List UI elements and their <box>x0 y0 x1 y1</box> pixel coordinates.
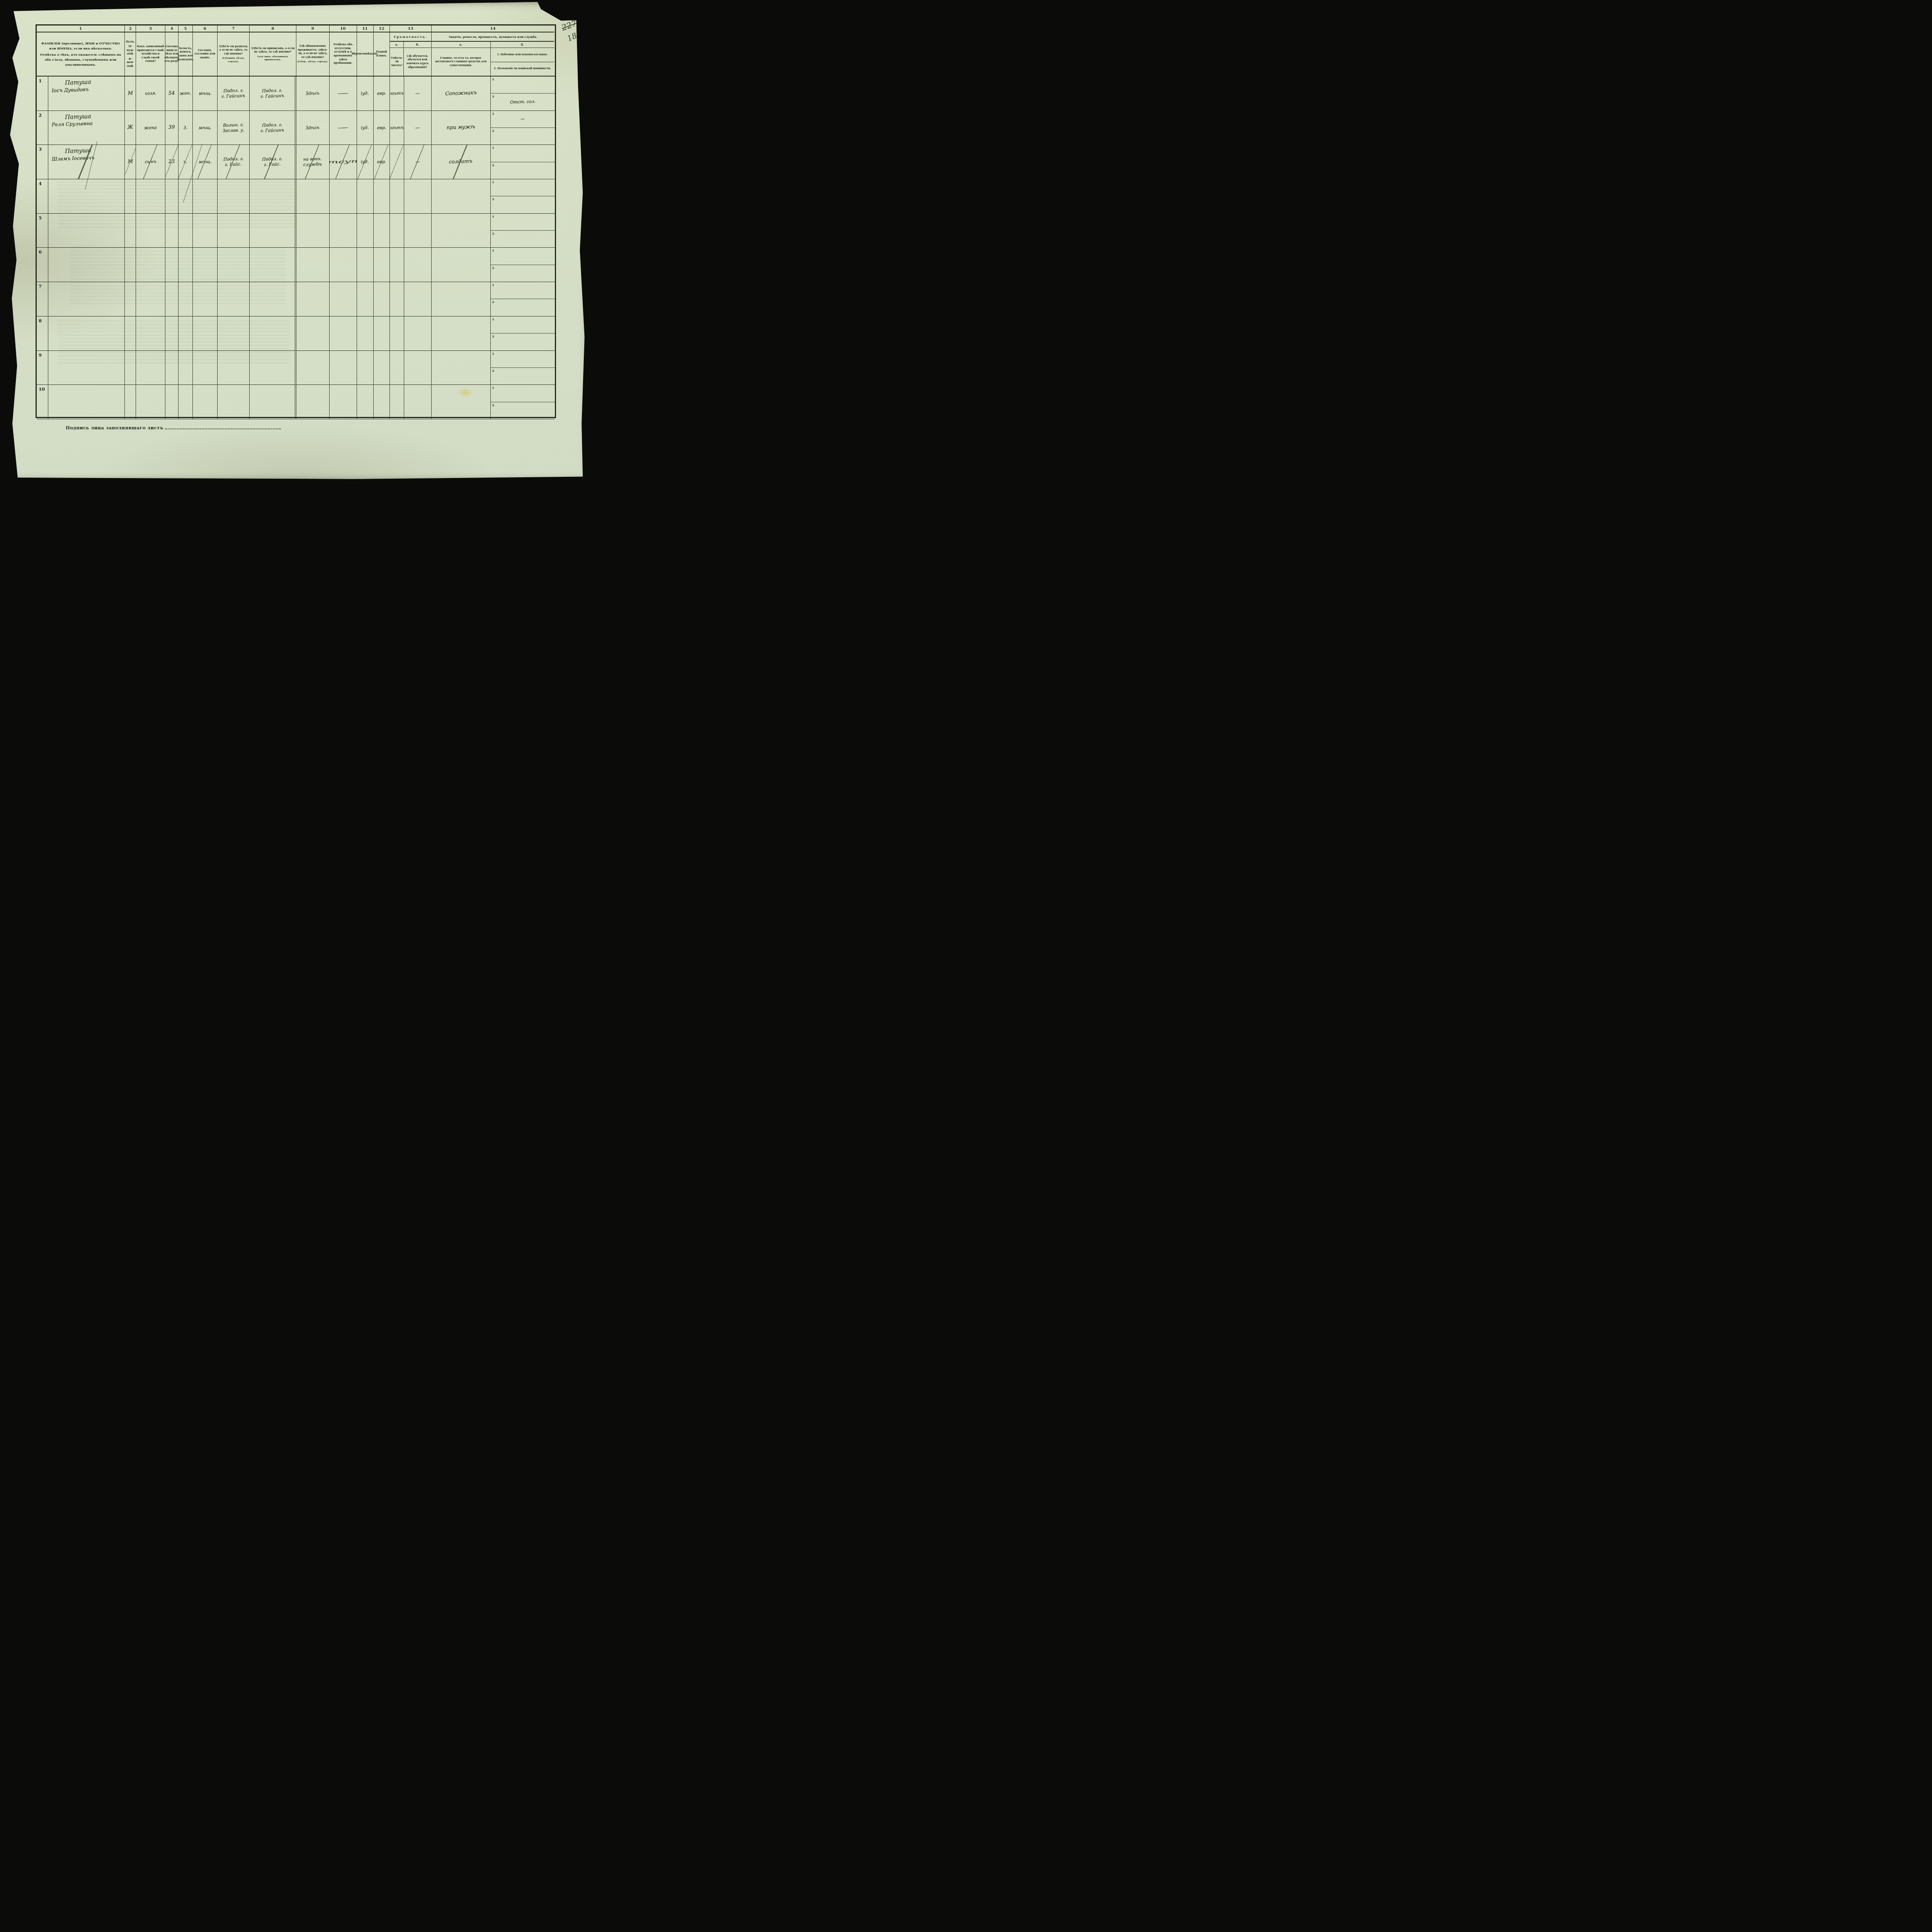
cell-sex: Ж <box>125 111 136 145</box>
sub-row-label: 2 <box>492 94 495 98</box>
cell-age: 23 <box>165 145 179 179</box>
handwritten-value: Сапожникъ <box>445 90 477 97</box>
handwritten-value: іуд. <box>361 91 369 96</box>
col-number: 4 <box>165 26 179 32</box>
cell-estate: мѣщ. <box>193 111 218 145</box>
cell-occupation-secondary: 1 2 <box>491 145 555 179</box>
handwritten-value: г. Гайс. <box>225 162 242 167</box>
cell-birthplace <box>218 351 250 385</box>
occupation-sub-row-1: 1 <box>491 351 555 367</box>
cell-literacy-read: нѣтъ <box>390 77 404 111</box>
occupation-sub-row-2: 2 Отст. сол. <box>491 93 555 110</box>
handwritten-value: 54 <box>168 90 175 97</box>
cell-absence: отсут. <box>330 145 357 179</box>
cell-literacy-study <box>404 316 432 351</box>
header-text: ЗДѢСЬ-ли приписанъ, а если не здѣсь, то … <box>250 47 295 54</box>
header-text: М-муж-скій. <box>126 45 135 56</box>
sub-row-label: 2 <box>492 163 495 167</box>
cell-relation <box>136 351 165 385</box>
cell-religion <box>357 316 374 351</box>
occupation-sub-row-2: 2 <box>491 265 555 282</box>
cell-marital <box>179 282 192 316</box>
cell-literacy-read <box>390 282 404 316</box>
cell-absence <box>330 316 357 351</box>
cell-registration <box>250 351 296 385</box>
handwritten-value: 23 <box>168 159 175 165</box>
header-col-marital: 5 Холостъ, женатъ, вдовъ или разведенъ. <box>179 26 192 76</box>
header-text: Какъ записанный приходится главѣ хозяйст… <box>137 45 164 63</box>
cell-absence <box>330 351 357 385</box>
cell-relation <box>136 385 165 419</box>
row-number: 9 <box>37 351 48 385</box>
cell-language <box>374 385 390 419</box>
header-col-relation: 3 Какъ записанный приходится главѣ хозяй… <box>136 26 165 76</box>
cell-sex <box>125 282 136 316</box>
handwritten-value: мѣщ. <box>198 90 211 96</box>
cell-occupation-secondary: 1 2 <box>491 316 555 351</box>
header-col-occupation: 14 Занятіе, ремесло, промыселъ, должност… <box>432 26 554 76</box>
header-col-age: 4 Сколько минуло лѣтъ или мѣсяцевъ отъ р… <box>165 26 179 76</box>
handwritten-value: евр. <box>377 125 386 131</box>
cell-residence <box>296 179 330 214</box>
occupation-sub-row-2: 2 <box>491 333 555 350</box>
cell-sex: М <box>125 145 136 179</box>
handwritten-value: нѣтъ <box>390 125 403 131</box>
cell-occupation-main <box>432 351 491 385</box>
cell-literacy-read <box>390 351 404 385</box>
header-note: (для лицъ, обязанныхъ припискою). <box>250 55 295 62</box>
cell-age <box>165 351 179 385</box>
handwritten-value: Подол. г. <box>262 122 282 128</box>
header-col-name: 1 ФАМИЛІЯ (прозвище), ИМЯ и ОТЧЕСТВО или… <box>37 26 125 76</box>
sub-row-label: 1 <box>492 214 495 218</box>
cell-absence: — <box>330 77 357 111</box>
sub-row-label: 2 <box>492 197 495 201</box>
sub-row-label: 2 <box>492 334 495 338</box>
header-col-sex: 2 Полъ. М-муж-скій. ж-жен-скій. <box>125 26 136 76</box>
cell-name <box>48 385 125 419</box>
cell-residence <box>296 214 330 248</box>
occupation-sub-row-2: 2 <box>491 196 555 213</box>
signature-label: Подпись лица заполнявшаго листъ <box>66 425 163 430</box>
occupation-sub-row-2: 2 <box>491 367 555 384</box>
row-number: 8 <box>37 316 48 351</box>
cell-absence <box>330 214 357 248</box>
sub-col-label: а. <box>390 42 403 48</box>
header-text: ж-жен-скій. <box>126 57 135 68</box>
header-text: ФАМИЛІЯ (прозвище), ИМЯ и ОТЧЕСТВО или И… <box>40 41 121 51</box>
cell-language <box>374 316 390 351</box>
cell-literacy-study <box>404 214 432 248</box>
col-number: 14 <box>432 26 554 32</box>
sub-row-label: 2 <box>492 300 495 304</box>
row-number: 7 <box>37 282 48 316</box>
handwritten-value: солдатъ <box>449 158 473 165</box>
cell-birthplace: Подол. г. г. Гайсинъ <box>218 77 250 111</box>
cell-name: Патуша Іосъ Дувидовъ <box>48 77 125 111</box>
handwritten-value: мѣщ. <box>198 125 211 131</box>
header-col-religion: 11 Вѣроисповѣданіе. <box>357 26 374 76</box>
header-text: Отмѣтка о тѣхъ, кто окажется: слѣпымъ на… <box>40 52 121 67</box>
occupation-sub-row-1: 1 <box>491 179 555 196</box>
header-text: ЗДѢСЬ-ли родился, а если не здѣсь, то гд… <box>218 45 248 56</box>
handwritten-value: г. Гайсинъ <box>260 127 284 133</box>
census-table: 1 ФАМИЛІЯ (прозвище), ИМЯ и ОТЧЕСТВО или… <box>36 24 556 418</box>
sub-row-label: 2 <box>492 129 495 133</box>
cell-registration: Подол. г. г. Гайсинъ <box>250 77 296 111</box>
cell-estate <box>193 282 218 316</box>
handwritten-value: Отст. сол. <box>510 99 536 105</box>
col-number: 8 <box>250 26 296 32</box>
corner-number-struck: 198 <box>566 9 584 21</box>
handwritten-value: при мужѣ <box>447 124 475 131</box>
census-sheet: 198 227 187 1 ФАМИЛІЯ (прозвище), ИМЯ и … <box>0 0 589 481</box>
cell-relation: сынъ <box>136 145 165 179</box>
cell-name <box>48 214 125 248</box>
cell-literacy-study <box>404 282 432 316</box>
cell-occupation-main <box>432 282 491 316</box>
cell-marital <box>179 248 192 282</box>
cell-occupation-secondary: 1 2 <box>491 351 555 385</box>
sub-row-label: 2 <box>492 231 495 235</box>
cell-religion <box>357 351 374 385</box>
handwritten-value: отсут. <box>330 158 357 165</box>
corner-number: 187 <box>566 29 582 43</box>
handwritten-value: Заслав. у. <box>223 128 245 134</box>
cell-marital: жен. <box>179 77 192 111</box>
header-text: Полъ. <box>126 40 135 44</box>
cell-occupation-main <box>432 214 491 248</box>
cell-occupation-main <box>432 316 491 351</box>
handwritten-value: — <box>337 90 349 96</box>
cell-relation: хозя. <box>136 77 165 111</box>
cell-marital <box>179 214 192 248</box>
occupation-sub-row-1: 1 <box>491 145 555 162</box>
cell-residence: Здѣсь <box>296 77 330 111</box>
sub-row-label: 1 <box>492 248 495 252</box>
sub-row-label: 2 <box>492 266 495 270</box>
occupation-sub-row-2: 2 <box>491 230 555 247</box>
signature-line: Подпись лица заполнявшаго листъ <box>66 425 281 430</box>
cell-occupation-main <box>432 385 491 419</box>
cell-marital: З. <box>179 111 192 145</box>
cell-estate <box>193 248 218 282</box>
cell-occupation-main: солдатъ <box>432 145 491 179</box>
cell-literacy-read <box>390 248 404 282</box>
header-col-absence: 10 Отмѣтка объ отсутствіи, отлучкѣ и о в… <box>330 26 357 76</box>
cell-birthplace <box>218 316 250 351</box>
header-note: (Губернія, уѣздъ, городъ). <box>218 57 248 63</box>
cell-marital <box>179 385 192 419</box>
col-number: 10 <box>330 26 357 32</box>
cell-literacy-study: — <box>404 77 432 111</box>
sub-row-label: 2 <box>492 369 495 372</box>
cell-birthplace <box>218 248 250 282</box>
cell-literacy-study <box>404 179 432 214</box>
handwritten-value: жен. <box>180 90 191 96</box>
cell-estate <box>193 351 218 385</box>
row-number: 5 <box>37 214 48 248</box>
occupation-sub-row-2: 2 <box>491 162 555 179</box>
cell-age <box>165 316 179 351</box>
occupation-sub-row-1: 1 <box>491 77 555 93</box>
cell-estate <box>193 316 218 351</box>
cell-occupation-secondary: 1 2 Отст. сол. <box>491 77 555 111</box>
row-number: 6 <box>37 248 48 282</box>
cell-residence <box>296 351 330 385</box>
handwritten-value: жена <box>144 125 157 131</box>
handwritten-value: іуд. <box>361 159 369 165</box>
cell-occupation-secondary: 1 2 <box>491 179 555 214</box>
handwritten-value: евр. <box>377 91 386 97</box>
handwritten-value: нѣтъ <box>390 90 403 96</box>
handwritten-value: Здѣсь <box>306 125 320 131</box>
cell-absence <box>330 248 357 282</box>
sub-row-label: 1 <box>492 283 495 287</box>
col-number: 13 <box>390 26 431 32</box>
col-number: 7 <box>218 26 249 32</box>
cell-age <box>165 385 179 419</box>
occupation-sub-row-2: 2 <box>491 299 555 316</box>
cell-literacy-study: — <box>404 145 432 179</box>
cell-language: евр. <box>374 77 390 111</box>
cell-religion: іуд. <box>357 111 374 145</box>
handwritten-value: 39 <box>168 124 175 131</box>
row-number: 2 <box>37 111 48 145</box>
cell-language <box>374 282 390 316</box>
cell-occupation-main: Сапожникъ <box>432 77 491 111</box>
cell-literacy-read <box>390 385 404 419</box>
cell-residence <box>296 282 330 316</box>
handwritten-value: — <box>415 91 420 96</box>
col-number: 5 <box>179 26 192 32</box>
cell-literacy-read <box>390 179 404 214</box>
cell-absence <box>330 385 357 419</box>
cell-religion <box>357 385 374 419</box>
cell-literacy-study: — <box>404 111 432 145</box>
handwritten-value: службѣ <box>303 162 322 167</box>
cell-age <box>165 214 179 248</box>
cell-language <box>374 248 390 282</box>
cell-literacy-read <box>390 145 404 179</box>
cell-name <box>48 282 125 316</box>
handwritten-value: М <box>128 159 133 165</box>
cell-absence <box>330 282 357 316</box>
col-number: 1 <box>37 26 124 32</box>
cell-marital <box>179 316 192 351</box>
sub-row-label: 1 <box>492 317 495 321</box>
header-text: Холостъ, женатъ, вдовъ или разведенъ. <box>177 47 194 61</box>
cell-residence: на воен. службѣ <box>296 145 330 179</box>
cell-sex <box>125 214 136 248</box>
sub-row-label: 1 <box>492 386 495 389</box>
sub-row-label: 1 <box>492 352 495 355</box>
cell-estate <box>193 385 218 419</box>
table-header: 1 ФАМИЛІЯ (прозвище), ИМЯ и ОТЧЕСТВО или… <box>37 26 555 77</box>
cell-language <box>374 351 390 385</box>
row-number: 1 <box>37 77 48 111</box>
cell-name <box>48 351 125 385</box>
cell-birthplace: Подол. г. г. Гайс. <box>218 145 250 179</box>
header-text: Родной языкъ. <box>374 50 389 58</box>
handwritten-value: Ж <box>128 124 133 131</box>
header-note: (Губер., уѣздъ, городъ). <box>297 60 328 63</box>
cell-age <box>165 179 179 214</box>
header-col-registration: 8 ЗДѢСЬ-ли приписанъ, а если не здѣсь, т… <box>250 26 296 76</box>
cell-language <box>374 214 390 248</box>
handwritten-value: Здѣсь <box>306 90 320 96</box>
cell-literacy-read <box>390 214 404 248</box>
handwritten-value: г. Гайсинъ <box>260 93 284 99</box>
cell-occupation-main: при мужѣ <box>432 111 491 145</box>
handwritten-value: сынъ <box>145 159 156 165</box>
cell-estate: мѣщ. <box>193 77 218 111</box>
header-col-birthplace: 7 ЗДѢСЬ-ли родился, а если не здѣсь, то … <box>218 26 250 76</box>
header-text: Главное, то есть то, которое доставляетъ… <box>432 48 490 76</box>
cell-registration <box>250 248 296 282</box>
cell-birthplace <box>218 214 250 248</box>
cell-registration <box>250 214 296 248</box>
col-number: 3 <box>136 26 165 32</box>
col-number: 11 <box>357 26 373 32</box>
cell-birthplace <box>218 282 250 316</box>
cell-birthplace: Волын. г. Заслав. у. <box>218 111 250 145</box>
cell-relation <box>136 248 165 282</box>
cell-registration <box>250 179 296 214</box>
header-col-literacy: 13 Грамотность. а. Умѣетъ-ли читать? б. … <box>390 26 431 76</box>
header-col-language: 12 Родной языкъ. <box>374 26 390 76</box>
cell-name <box>48 248 125 282</box>
cell-religion <box>357 248 374 282</box>
handwritten-value: — <box>337 125 349 131</box>
cell-estate <box>193 179 218 214</box>
header-text: Гдѣ обыкновенно проживаетъ: здѣсь-ли, а … <box>297 44 328 59</box>
sub-col-label: а. <box>432 42 490 48</box>
cell-sex <box>125 179 136 214</box>
handwritten-value: іуд. <box>361 125 369 130</box>
sub-col-label: б. <box>491 42 554 48</box>
handwritten-value: Волын. г. <box>223 122 244 128</box>
cell-residence <box>296 316 330 351</box>
signature-dotted-line <box>165 429 281 429</box>
cell-marital: х. <box>179 145 192 179</box>
cell-occupation-secondary: 1 2 <box>491 282 555 316</box>
cell-residence <box>296 385 330 419</box>
cell-age <box>165 248 179 282</box>
cell-literacy-study <box>404 385 432 419</box>
cell-relation <box>136 282 165 316</box>
handwritten-given-name: Реля Срульевна <box>52 121 93 128</box>
sub-row-label: 1 <box>492 112 495 116</box>
handwritten-value: З. <box>184 125 188 130</box>
cell-registration: Подол. г. г. Гайс. <box>250 145 296 179</box>
cell-sex <box>125 248 136 282</box>
handwritten-given-name: Шлемъ Іосевичъ <box>52 155 95 162</box>
handwritten-value: хозя. <box>145 90 156 96</box>
row-number: 10 <box>37 385 48 419</box>
sub-col-label: б. <box>404 42 431 48</box>
handwritten-value: г. Гайсинъ <box>221 93 245 99</box>
occupation-sub-row-1: 1 <box>491 282 555 299</box>
handwritten-surname: Патуша <box>65 147 92 155</box>
occupation-sub-row-1: 1 <box>491 248 555 264</box>
cell-registration <box>250 316 296 351</box>
cell-name <box>48 316 125 351</box>
cell-marital <box>179 179 192 214</box>
col-number: 2 <box>125 26 136 32</box>
cell-language: евр. <box>374 111 390 145</box>
cell-absence <box>330 179 357 214</box>
cell-occupation-secondary: 1 — 2 <box>491 111 555 145</box>
cell-birthplace <box>218 179 250 214</box>
cell-name: Патуша Реля Срульевна <box>48 111 125 145</box>
occupation-sub-row-1: 1 <box>491 385 555 401</box>
cell-occupation-main <box>432 179 491 214</box>
cell-relation <box>136 316 165 351</box>
cell-residence <box>296 248 330 282</box>
cell-literacy-study <box>404 351 432 385</box>
header-text: Умѣетъ-ли читать? <box>390 48 403 76</box>
handwritten-value: мѣщ. <box>198 159 211 165</box>
cell-occupation-main <box>432 248 491 282</box>
cell-occupation-secondary: 1 2 <box>491 248 555 282</box>
cell-absence: — <box>330 111 357 145</box>
handwritten-surname: Патуша <box>65 78 92 87</box>
row-number: 3 <box>37 145 48 179</box>
cell-estate <box>193 214 218 248</box>
header-text: Сословіе, состояніе или званіе. <box>194 49 216 60</box>
handwritten-value: — <box>415 125 420 130</box>
header-col-estate: 6 Сословіе, состояніе или званіе. <box>193 26 218 76</box>
handwritten-surname: Патуша <box>65 113 92 121</box>
handwritten-given-name: Іосъ Дувидовъ <box>52 86 89 94</box>
occupation-sub-row-2: 2 <box>491 402 555 419</box>
col-number: 9 <box>296 26 329 32</box>
cell-sex <box>125 316 136 351</box>
sub-row-label: 1 <box>492 180 495 184</box>
header-col-residence: 9 Гдѣ обыкновенно проживаетъ: здѣсь-ли, … <box>296 26 330 76</box>
cell-name: Патуша Шлемъ Іосевичъ <box>48 145 125 179</box>
cell-literacy-read: нѣтъ <box>390 111 404 145</box>
cell-sex: М <box>125 77 136 111</box>
cell-age: 54 <box>165 77 179 111</box>
cell-religion: іуд. <box>357 145 374 179</box>
cell-birthplace <box>218 385 250 419</box>
header-text: гдѣ обучается, обучался или кончилъ курс… <box>404 48 431 76</box>
handwritten-value: х. <box>184 159 187 165</box>
cell-literacy-study <box>404 248 432 282</box>
cell-occupation-secondary: 1 2 <box>491 214 555 248</box>
cell-religion: іуд. <box>357 77 374 111</box>
handwritten-value: евр. <box>377 159 386 165</box>
handwritten-value: г. Гайс. <box>264 162 281 167</box>
occupation-sub-row-2: 2 <box>491 128 555 145</box>
row-number: 4 <box>37 179 48 214</box>
cell-age: 39 <box>165 111 179 145</box>
cell-language: евр. <box>374 145 390 179</box>
cell-language <box>374 179 390 214</box>
sub-row-label: 1 <box>492 77 495 81</box>
occupation-sub-row-1: 1 <box>491 316 555 333</box>
cell-age <box>165 282 179 316</box>
handwritten-value: М <box>128 90 133 97</box>
cell-registration <box>250 282 296 316</box>
col-number: 6 <box>193 26 217 32</box>
cell-religion <box>357 282 374 316</box>
header-text: 2. Положеніе по воинской повинности. <box>491 62 554 76</box>
cell-residence: Здѣсь <box>296 111 330 145</box>
occupation-sub-row-1: 1 — <box>491 111 555 128</box>
